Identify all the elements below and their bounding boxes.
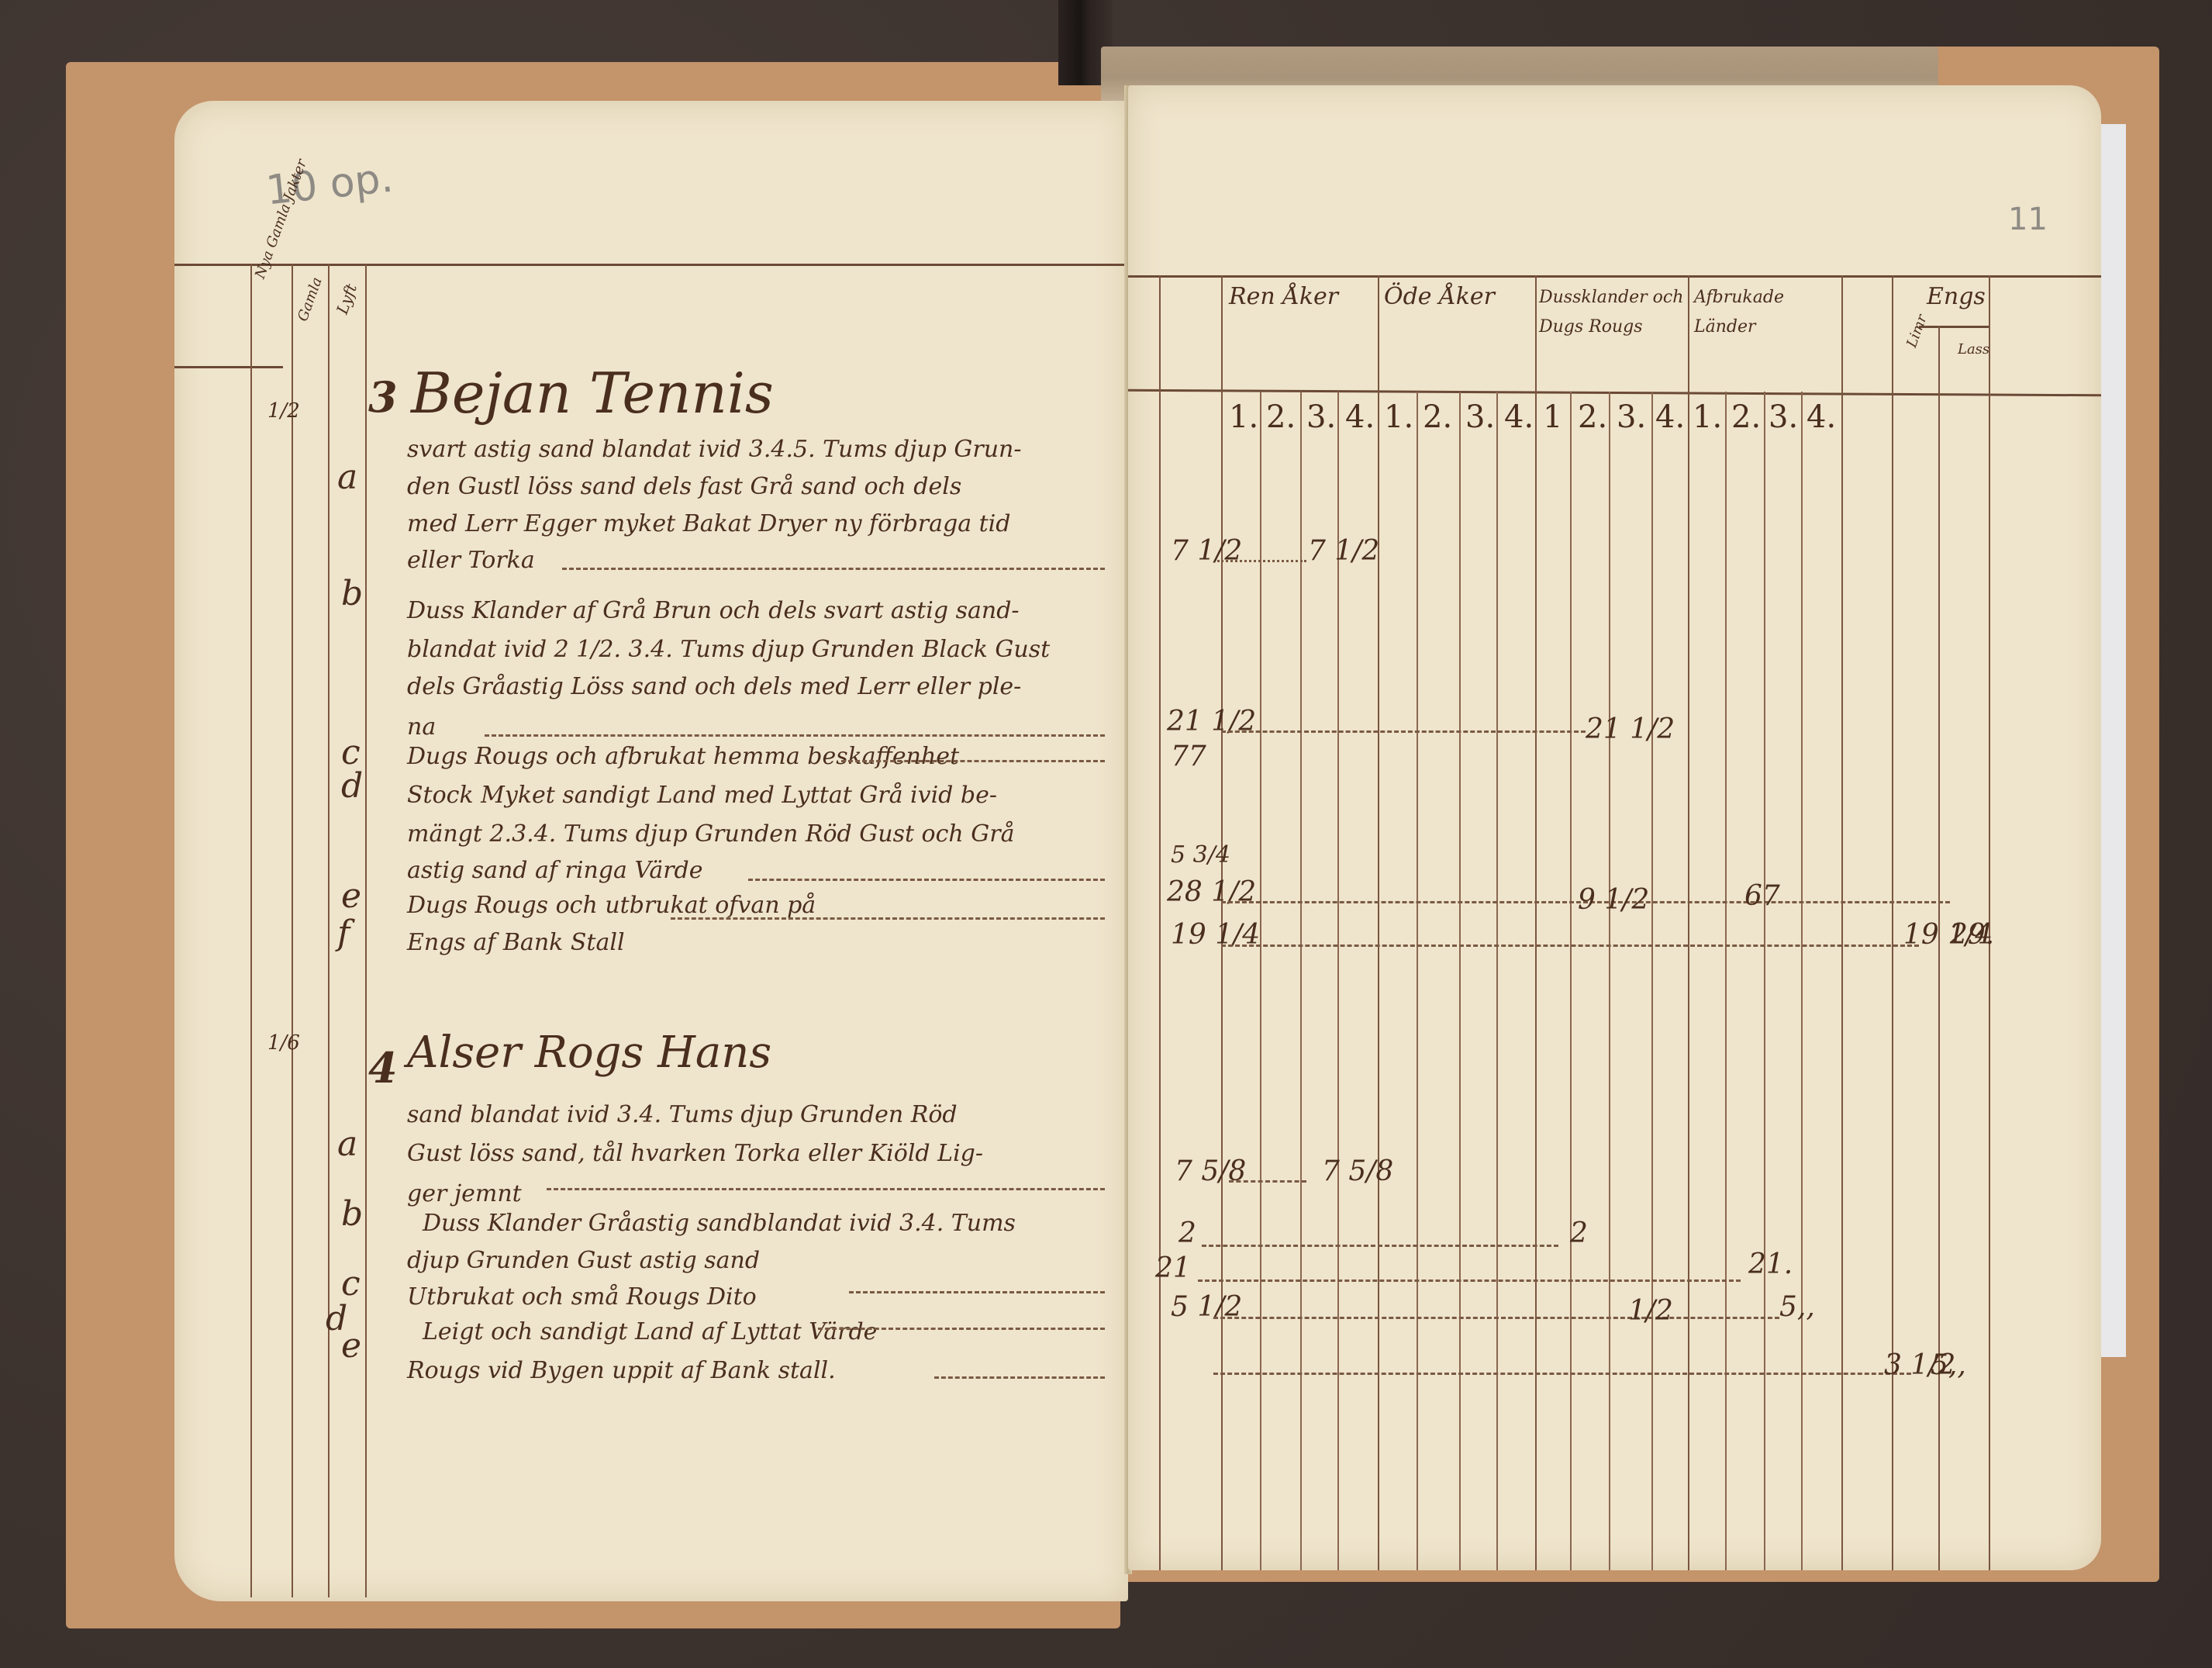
row-total: 21	[1155, 1252, 1191, 1284]
entry-4e-text: Rougs vid Bygen uppit af Bank stall.	[407, 1357, 836, 1384]
leader-line	[1198, 1279, 1741, 1282]
sub-letter-a: a	[337, 458, 357, 497]
sub-number: 3.	[1306, 399, 1336, 435]
col-group-dussklander: Dussklander och Dugs Rougs	[1539, 283, 1686, 342]
sub-letter-b: b	[341, 574, 363, 613]
sub-number: 2.	[1423, 399, 1452, 435]
left-page: 10 op. Nya Gamla Jakter Gamla Lyft 1/2 3…	[174, 101, 1128, 1601]
leader-line	[748, 879, 1105, 881]
sub-number: 1.	[1229, 399, 1258, 435]
leader-line	[547, 1188, 1105, 1190]
sub-number: 2.	[1266, 399, 1296, 435]
col-group-engs: Engs	[1927, 283, 1986, 310]
text-line: Gust löss sand, tål hvarken Torka eller …	[407, 1140, 983, 1167]
row-value: 1/2	[1628, 1295, 1673, 1327]
col-line	[1609, 392, 1610, 1570]
sub-letter-e: e	[341, 876, 361, 916]
sub-letter-d: d	[341, 766, 363, 806]
leader-line	[671, 917, 1105, 920]
sub-number: 4.	[1345, 399, 1375, 435]
white-guard-strip	[2101, 124, 2126, 1357]
text-line: med Lerr Egger myket Bakat Dryer ny förb…	[407, 510, 1010, 537]
leader-line	[818, 1328, 1105, 1330]
col-line	[1570, 392, 1572, 1570]
col-line	[1801, 392, 1803, 1570]
text-line: ger jemnt	[407, 1180, 522, 1207]
leader-line	[562, 568, 1105, 570]
col-line	[1417, 392, 1418, 1570]
row-value: 21 1/2	[1586, 713, 1675, 745]
sub-letter-f: f	[337, 913, 350, 953]
col-line	[1725, 392, 1727, 1570]
right-page: 11 Ren Åker Öde Åker Dussklander och Dug…	[1128, 85, 2101, 1570]
margin-fraction-3: 1/2	[267, 399, 300, 423]
sub-number: 4.	[1807, 399, 1836, 435]
row-value: 5,,	[1931, 1349, 1966, 1381]
sub-letter-a: a	[337, 1124, 357, 1164]
margin-col-line-2	[292, 264, 293, 1597]
engs-split-rule	[1919, 326, 1989, 328]
margin-col-line-3	[328, 264, 330, 1597]
text-line: eller Torka	[407, 547, 535, 574]
text-line: djup Grunden Gust astig sand	[407, 1247, 760, 1274]
col-header-3: Lyft	[333, 281, 361, 316]
sub-number: 1	[1543, 399, 1562, 435]
entry-name-bejan-tennis: Bejan Tennis	[411, 361, 774, 426]
sub-number: 3.	[1617, 399, 1646, 435]
leader-line	[1213, 1373, 1911, 1375]
row-value: 5,,	[1779, 1291, 1815, 1323]
sub-number: 1.	[1384, 399, 1413, 435]
row-total: 2	[1178, 1217, 1196, 1249]
margin-col-line-1	[250, 264, 252, 1597]
row-value: 67	[1744, 880, 1780, 912]
sub-number: 3.	[1769, 399, 1798, 435]
leader-line	[485, 734, 1105, 737]
engs-sub-lass: Lass	[1958, 341, 1989, 357]
entry-number-3: 3	[368, 372, 398, 422]
col-line	[1535, 275, 1537, 1570]
row-value: 7 1/2	[1308, 535, 1379, 567]
leader-line	[1229, 1180, 1306, 1183]
row-value: 9 1/2	[1578, 884, 1649, 916]
col-line	[1651, 392, 1653, 1570]
entry-4c-text: Utbrukat och små Rougs Dito	[407, 1283, 757, 1311]
row-value: 29.	[1950, 919, 1994, 951]
margin-fraction-4: 1/6	[267, 1031, 300, 1055]
leader-line	[1213, 1317, 1779, 1319]
leader-line	[1221, 945, 1919, 947]
sub-number: 2.	[1578, 399, 1607, 435]
header-top-rule	[174, 264, 1128, 266]
text-line: sand blandat ivid 3.4. Tums djup Grunden…	[407, 1101, 958, 1128]
col-line	[1459, 392, 1461, 1570]
engs-sub-limr: Limr	[1903, 313, 1931, 350]
text-line: astig sand af ringa Värde	[407, 857, 703, 884]
entry-3e-text: Dugs Rougs och utbrukat ofvan på	[407, 892, 816, 919]
col-line	[1841, 275, 1843, 1570]
folio-number-right: 11	[2008, 202, 2048, 237]
entry-number-4: 4	[368, 1043, 398, 1093]
text-line: na	[407, 713, 436, 741]
sub-letter-e: e	[341, 1326, 361, 1366]
leader-line	[1202, 1245, 1558, 1247]
text-line: dels Gråastig Löss sand och dels med Ler…	[407, 673, 1021, 700]
leader-line	[934, 1376, 1105, 1379]
row-total: 77	[1171, 741, 1206, 772]
row-value: 7 5/8	[1322, 1155, 1393, 1187]
col-line	[1764, 392, 1765, 1570]
margin-col-line-4	[365, 264, 367, 1597]
col-line	[1378, 275, 1379, 1570]
leader-line	[1221, 730, 1586, 733]
col-group-ren-aker: Ren Åker	[1229, 283, 1338, 310]
text-line: svart astig sand blandat ivid 3.4.5. Tum…	[407, 436, 1022, 463]
leader-line	[1217, 560, 1306, 562]
sub-number: 4.	[1504, 399, 1534, 435]
header-top-rule	[1128, 275, 2101, 278]
text-line: Duss Klander af Grå Brun och dels svart …	[407, 597, 1020, 624]
col-group-afbrukade: Afbrukade Länder	[1694, 283, 1834, 342]
sub-number: 3.	[1465, 399, 1495, 435]
col-line	[1159, 275, 1161, 1570]
header-bottom-rule	[1128, 389, 2101, 397]
col-line	[1337, 392, 1339, 1570]
sub-number: 2.	[1731, 399, 1761, 435]
leader-line	[849, 1291, 1105, 1293]
sub-letter-b: b	[341, 1194, 363, 1234]
row-value: 2	[1570, 1217, 1588, 1249]
entry-4d-text: Leigt och sandigt Land af Lyttat Värde	[423, 1318, 877, 1345]
entry-3c-text: Dugs Rougs och afbrukat hemma beskaffenh…	[407, 743, 959, 770]
sub-number: 1.	[1693, 399, 1722, 435]
col-line	[1260, 392, 1261, 1570]
col-header-2: Gamla	[295, 275, 326, 323]
col-line	[1300, 392, 1302, 1570]
text-line: Duss Klander Gråastig sandblandat ivid 3…	[423, 1210, 1016, 1237]
sub-letter-c: c	[341, 1264, 361, 1304]
text-line: mängt 2.3.4. Tums djup Grunden Röd Gust …	[407, 820, 1014, 848]
text-line: den Gustl löss sand dels fast Grå sand o…	[407, 473, 961, 500]
row-value: 21.	[1748, 1248, 1793, 1280]
text-line: Stock Myket sandigt Land med Lyttat Grå …	[407, 782, 997, 809]
col-line	[1496, 392, 1498, 1570]
col-line	[1688, 275, 1689, 1570]
entry-name-alser-rogs-hans: Alser Rogs Hans	[407, 1027, 771, 1078]
row-total: 5 3/4	[1171, 841, 1230, 869]
sub-number: 4.	[1655, 399, 1685, 435]
entry-3f-text: Engs af Bank Stall	[407, 929, 625, 956]
leader-line	[841, 760, 1105, 762]
text-line: blandat ivid 2 1/2. 3.4. Tums djup Grund…	[407, 636, 1050, 663]
header-bottom-rule	[174, 366, 283, 368]
col-group-ode-aker: Öde Åker	[1384, 283, 1495, 310]
